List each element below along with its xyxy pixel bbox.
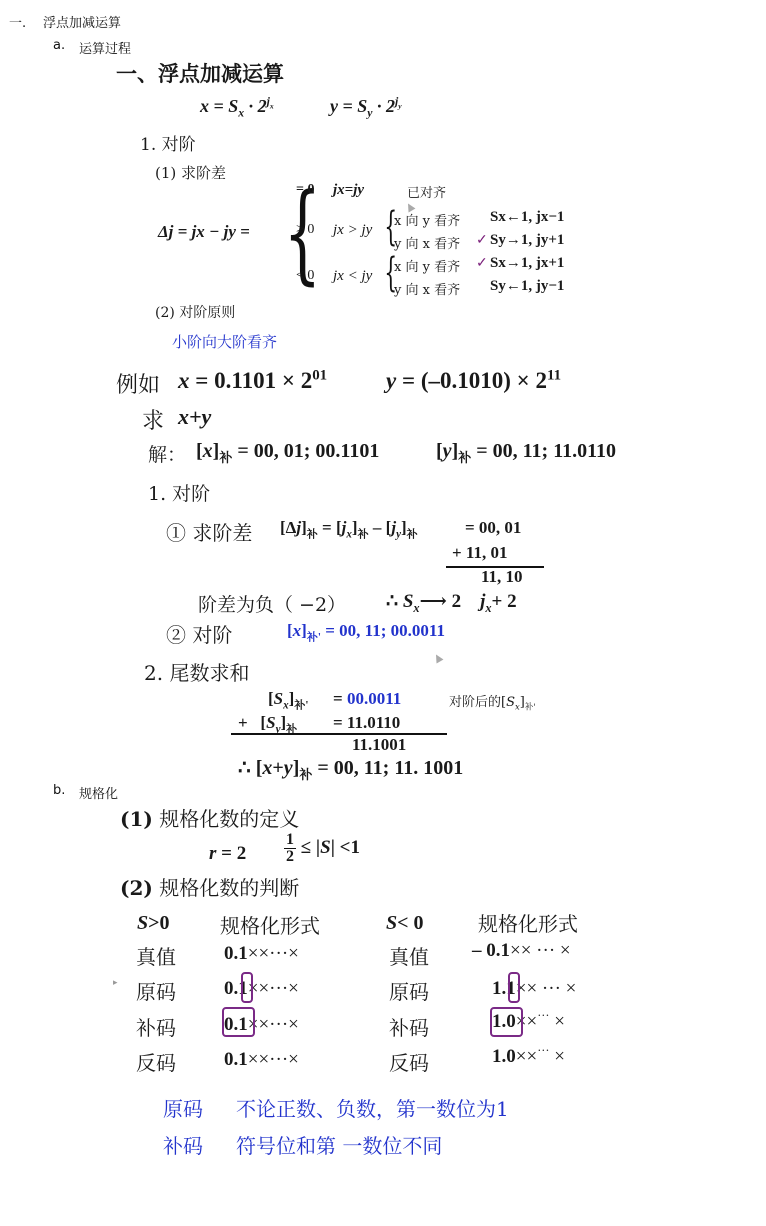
norm-def-r: r = 2 xyxy=(209,843,246,865)
slide-title: 一、浮点加减运算 xyxy=(116,58,284,88)
highlight-box xyxy=(490,1007,523,1037)
norm-def-range: 12 ≤ |S| <1 xyxy=(284,832,360,865)
margin-marker-icon: ▸ xyxy=(113,978,118,988)
table-header-form-neg: 规格化形式 xyxy=(478,908,578,937)
formula-y: y = Sy · 2jy xyxy=(330,96,402,117)
ex-step1a-result: 11, 10 xyxy=(481,567,523,587)
case1-rel: jx > jy xyxy=(333,222,372,239)
table-header-pos: S>0 xyxy=(137,912,170,935)
row2-pos-label: 补码 xyxy=(136,1012,176,1041)
row0-neg-form: – 0.1×× ··· × xyxy=(472,940,571,962)
case1-opt2-op: Sy→1, jy+1 xyxy=(490,232,564,249)
ask-label: 求 xyxy=(142,404,164,435)
case0-cond: = 0 xyxy=(296,182,314,198)
case1-cond: > 0 xyxy=(296,222,314,238)
check-icon: ✓ xyxy=(476,232,488,248)
row3-neg-form: 1.0××··· × xyxy=(492,1046,565,1068)
solution-label: 解： xyxy=(148,440,186,467)
case0-note: 已对齐 xyxy=(407,182,446,201)
step1-heading: 1. 对阶 xyxy=(140,130,196,155)
outline-item-b-marker: b. xyxy=(53,783,65,798)
y-complement: [y]补 = 00, 11; 11.0110 xyxy=(436,440,616,463)
sum-rule xyxy=(231,733,447,735)
ex-step1b-result: [x]补' = 00, 11; 00.0011 xyxy=(287,621,445,641)
table-header-form-pos: 规格化形式 xyxy=(220,910,320,939)
sub1-heading: (1) 求阶差 xyxy=(155,162,226,183)
case1-opt1-dir: x 向 y 看齐 xyxy=(394,210,460,229)
row3-pos-form: 0.1××···× xyxy=(224,1049,299,1071)
fraction-half: 12 xyxy=(284,832,296,865)
delta-lhs: Δj = jx − jy = xyxy=(158,222,250,242)
table-header-neg: S< 0 xyxy=(386,912,424,935)
final-result: ∴ [x+y]补 = 00, 11; 11. 1001 xyxy=(238,755,463,780)
case2-opt2-dir: y 向 x 看齐 xyxy=(394,279,460,298)
outline-level1-marker: 一. xyxy=(9,12,26,31)
row1-neg-form: 1.1×× ··· × xyxy=(492,978,576,1000)
case2-opt1-dir: x 向 y 看齐 xyxy=(394,256,460,275)
ex-step1b-label: ② 对阶 xyxy=(166,619,232,648)
principle-text: 小阶向大阶看齐 xyxy=(172,331,277,352)
row2-neg-label: 补码 xyxy=(389,1012,429,1041)
case2-rel: jx < jy xyxy=(333,268,372,285)
ask-expr: x+y xyxy=(178,404,211,430)
note1-term: 补码 xyxy=(163,1130,203,1159)
row3-neg-label: 反码 xyxy=(389,1047,429,1076)
case1-opt1-op: Sx←1, jx−1 xyxy=(490,209,564,226)
sum-line2-rhs: = 11.0110 xyxy=(333,713,400,733)
row1-neg-label: 原码 xyxy=(389,976,429,1005)
negative-note: 阶差为负（ −2） xyxy=(198,590,346,617)
example-label: 例如 xyxy=(116,368,160,399)
case2-opt2-op: Sy←1, jy−1 xyxy=(490,278,564,295)
sum-line1-eq: = 00.0011 xyxy=(333,689,401,709)
highlight-box xyxy=(508,972,520,1003)
outline-item-a-marker: a. xyxy=(53,38,65,53)
note0-desc: 不论正数、负数，第一数位为1 xyxy=(236,1093,509,1122)
sum-line2-lhs: + [Sy]补 xyxy=(238,713,297,733)
row1-pos-form: 0.1××···× xyxy=(224,978,299,1000)
ex-step1a-line1: = 00, 01 xyxy=(465,518,521,538)
row0-neg-label: 真值 xyxy=(389,941,429,970)
example-x-def: x = 0.1101 × 201 xyxy=(178,368,327,394)
case0-rel: jx=jy xyxy=(333,182,364,199)
sub2-heading: (2) 对阶原则 xyxy=(155,302,235,322)
note1-desc: 符号位和第 一数位不同 xyxy=(236,1130,442,1159)
case1-opt2-dir: y 向 x 看齐 xyxy=(394,233,460,252)
outline-level1-label[interactable]: 浮点加减运算 xyxy=(43,12,121,31)
example-y-def: y = (–0.1010) × 211 xyxy=(386,368,561,394)
case2-cond: < 0 xyxy=(296,268,314,284)
ex-step1a-line2: + 11, 01 xyxy=(452,543,508,563)
sum-line1-lhs: [Sx]补' xyxy=(268,689,308,709)
ex-step2-heading: 2. 尾数求和 xyxy=(144,657,249,686)
case2-opt1-op: Sx→1, jx+1 xyxy=(490,255,564,272)
ex-step1a-label: ① 求阶差 xyxy=(166,517,252,546)
therefore-shift: ∴ Sx⟶ 2 jx+ 2 xyxy=(386,590,517,613)
row3-pos-label: 反码 xyxy=(136,1047,176,1076)
note0-term: 原码 xyxy=(163,1093,203,1122)
mouse-cursor-icon xyxy=(433,653,444,664)
x-complement: [x]补 = 00, 01; 00.1101 xyxy=(196,440,379,463)
ex-step1-heading: 1. 对阶 xyxy=(148,479,210,506)
check-icon: ✓ xyxy=(476,255,488,271)
norm-def-title: (1) 规格化数的定义 xyxy=(120,803,299,832)
norm-judge-title: (2) 规格化数的判断 xyxy=(120,872,299,901)
outline-item-a-label[interactable]: 运算过程 xyxy=(79,38,131,57)
sum-line1-note: 对阶后的[Sx]补' xyxy=(449,691,536,710)
highlight-box xyxy=(222,1007,255,1037)
outline-item-b-label[interactable]: 规格化 xyxy=(79,783,118,802)
row0-pos-form: 0.1××···× xyxy=(224,943,299,965)
ex-step1a-expr: [Δj]补 = [jx]补 – [jy]补 xyxy=(280,518,418,538)
sum-result: 11.1001 xyxy=(352,735,406,755)
highlight-box xyxy=(241,972,253,1003)
row0-pos-label: 真值 xyxy=(136,941,176,970)
row1-pos-label: 原码 xyxy=(136,976,176,1005)
formula-x: x = Sx · 2jx xyxy=(200,96,274,117)
